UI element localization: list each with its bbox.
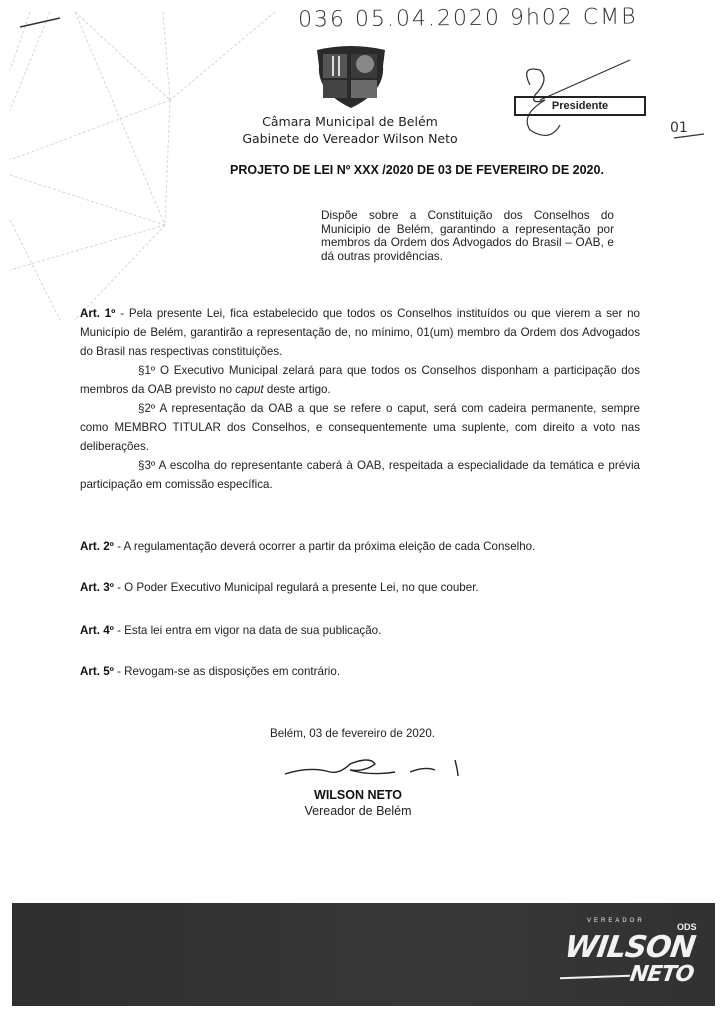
brand-logo: VEREADOR ODS WILSON NETO (560, 918, 710, 998)
paragraph-2: §2º A representação da OAB a que se refe… (80, 399, 640, 456)
article-3: Art. 3º - O Poder Executivo Municipal re… (80, 581, 479, 594)
paragraph-3: §3º A escolha do representante caberá à … (80, 456, 640, 494)
signer-signature (280, 752, 480, 782)
presidente-stamp: Presidente (514, 96, 646, 116)
brand-first-name: WILSON (563, 930, 698, 965)
signer-role: Vereador de Belém (258, 803, 458, 819)
folio-mark: 01 (668, 116, 708, 146)
brand-tagline: VEREADOR (587, 918, 645, 924)
article-2: Art. 2º - A regulamentação deverá ocorre… (80, 540, 535, 553)
article-label: Art. 1º (80, 307, 115, 320)
paragraph-1: §1º O Executivo Municipal zelará para qu… (80, 361, 640, 399)
article-5: Art. 5º - Revogam-se as disposições em c… (80, 665, 340, 678)
institution-name: Câmara Municipal de Belém (215, 113, 485, 130)
place-date: Belém, 03 de fevereiro de 2020. (270, 727, 435, 740)
signer-block: WILSON NETO Vereador de Belém (258, 787, 458, 819)
institution-header: Câmara Municipal de Belém Gabinete do Ve… (215, 113, 485, 147)
article-4: Art. 4º - Esta lei entra em vigor na dat… (80, 624, 381, 637)
pen-mark (20, 18, 60, 27)
coat-of-arms-icon (313, 44, 389, 110)
ementa: Dispõe sobre a Constituição dos Conselho… (321, 209, 614, 263)
protocol-stamp: 036 05.04.2020 9h02 CMB (298, 5, 638, 33)
article-text: - Pela presente Lei, fica estabelecido q… (80, 307, 640, 358)
brand-last-name: NETO (628, 962, 695, 987)
document-title: PROJETO DE LEI Nº XXX /2020 DE 03 DE FEV… (230, 163, 604, 177)
brand-swoosh (560, 975, 630, 979)
svg-text:01: 01 (670, 120, 688, 136)
signer-name: WILSON NETO (258, 787, 458, 803)
article-1: Art. 1º - Pela presente Lei, fica estabe… (80, 304, 640, 494)
office-name: Gabinete do Vereador Wilson Neto (215, 130, 485, 147)
